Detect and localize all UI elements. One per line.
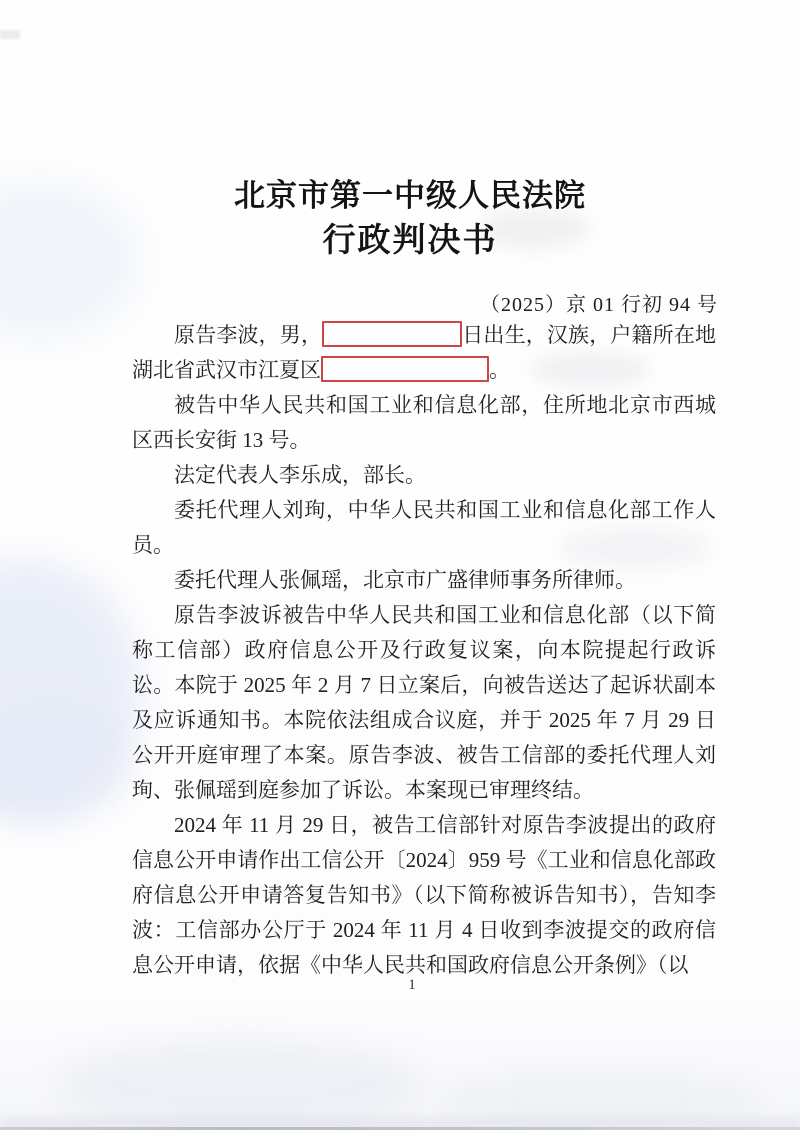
document-type-title: 行政判决书 xyxy=(0,214,800,261)
redacted-address xyxy=(321,356,489,382)
scan-edge-mark xyxy=(0,30,20,39)
scan-smudge xyxy=(60,1040,420,1130)
paragraph: 原告李波，男，日出生，汉族，户籍所在地湖北省武汉市江夏区。 xyxy=(132,318,716,388)
paragraph: 原告李波诉被告中华人民共和国工业和信息化部（以下简称工信部）政府信息公开及行政复… xyxy=(132,598,716,808)
paragraph: 委托代理人张佩瑶，北京市广盛律师事务所律师。 xyxy=(132,563,716,598)
paragraph: 2024 年 11 月 29 日，被告工信部针对原告李波提出的政府信息公开申请作… xyxy=(132,808,716,983)
redacted-birth-date xyxy=(322,321,462,347)
page-number: 1 xyxy=(132,977,692,994)
paragraph: 委托代理人刘珣，中华人民共和国工业和信息化部工作人员。 xyxy=(132,493,716,563)
court-name-title: 北京市第一中级人民法院 xyxy=(0,170,800,215)
page-bottom-shadow xyxy=(0,1118,800,1127)
scan-smudge xyxy=(0,700,130,820)
case-number: （2025）京 01 行初 94 号 xyxy=(0,288,800,317)
scanned-judgment-page: 北京市第一中级人民法院 行政判决书 （2025）京 01 行初 94 号 原告李… xyxy=(0,0,800,1130)
document-body: 原告李波，男，日出生，汉族，户籍所在地湖北省武汉市江夏区。被告中华人民共和国工业… xyxy=(132,318,716,983)
paragraph: 被告中华人民共和国工业和信息化部，住所地北京市西城区西长安街 13 号。 xyxy=(132,388,716,458)
paragraph: 法定代表人李乐成，部长。 xyxy=(132,458,716,493)
scan-smudge xyxy=(0,560,140,820)
